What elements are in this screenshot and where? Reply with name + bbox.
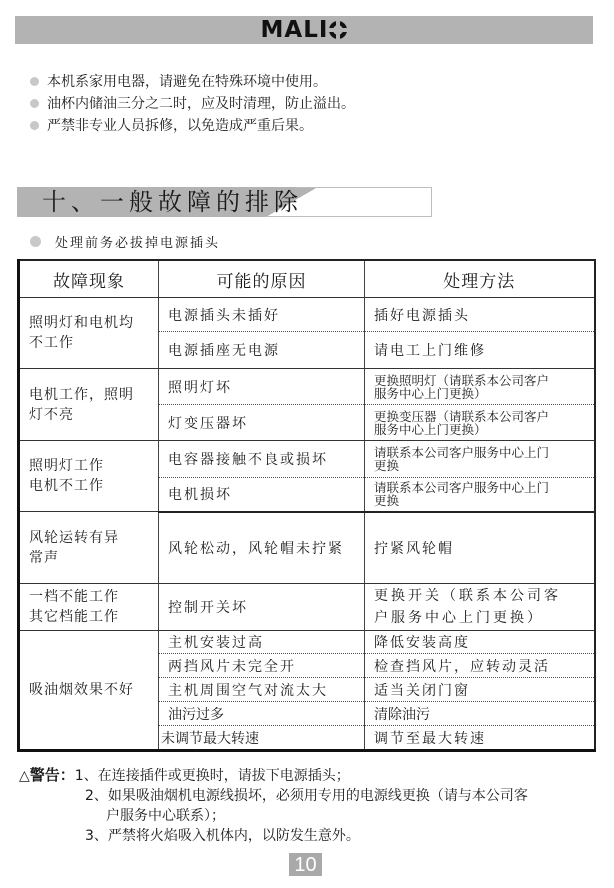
fix-line: 服务中心上门更换） xyxy=(374,422,487,437)
cause-cell: 电源插头未插好 xyxy=(159,298,365,332)
bullet-text: 油杯内储油三分之二时，应及时清理，防止溢出。 xyxy=(47,93,355,113)
bullet-dot-icon xyxy=(30,121,39,130)
warning-line: △警告：1、在连接插件或更换时，请拔下电源插头； xyxy=(19,765,528,786)
fix-line: 更换 xyxy=(374,493,399,508)
table-row: 吸油烟效果不好 主机安装过高 降低安装高度 xyxy=(19,631,595,654)
intro-bullet: 油杯内储油三分之二时，应及时清理，防止溢出。 xyxy=(30,92,355,114)
cause-cell: 电机损坏 xyxy=(159,478,365,512)
brand-header-band: MALI xyxy=(15,16,593,44)
fix-line: 请联系本公司客户服务中心上门 xyxy=(374,445,549,460)
bullet-dot-icon xyxy=(30,236,41,247)
table-row: 电机工作，照明灯不亮 照明灯坏 更换照明灯（请联系本公司客户服务中心上门更换） xyxy=(19,369,595,405)
fix-cell: 更换开关（联系本公司客户服务中心上门更换） xyxy=(365,584,595,631)
cause-cell: 电容器接触不良或损坏 xyxy=(159,441,365,478)
bullet-dot-icon xyxy=(30,99,39,108)
fix-cell: 更换变压器（请联系本公司客户服务中心上门更换） xyxy=(365,405,595,441)
symptom-line: 电机不工作 xyxy=(29,478,104,494)
cause-cell: 主机周围空气对流太大 xyxy=(159,678,365,702)
symptom-cell: 吸油烟效果不好 xyxy=(19,631,159,751)
symptom-line: 灯不亮 xyxy=(29,407,74,423)
brand-name: MALI xyxy=(261,17,329,43)
cause-cell: 控制开关坏 xyxy=(159,584,365,631)
symptom-line: 常声 xyxy=(29,550,59,566)
section-note-text: 处理前务必拔掉电源插头 xyxy=(55,232,220,251)
symptom-line: 电机工作，照明 xyxy=(29,387,134,403)
warning-line: 户服务中心联系）； xyxy=(19,806,528,826)
column-header-symptom: 故障现象 xyxy=(19,260,159,298)
fix-cell: 请联系本公司客户服务中心上门更换 xyxy=(365,441,595,478)
section-title-frame xyxy=(295,187,432,217)
warning-line: 3、严禁将火焰吸入机体内，以防发生意外。 xyxy=(19,826,528,846)
table-header-row: 故障现象 可能的原因 处理方法 xyxy=(19,260,595,298)
fix-cell: 清除油污 xyxy=(365,702,595,726)
fix-cell: 降低安装高度 xyxy=(365,631,595,654)
intro-bullet: 严禁非专业人员拆修，以免造成严重后果。 xyxy=(30,114,355,136)
symptom-cell: 风轮运转有异常声 xyxy=(19,512,159,584)
bullet-dot-icon xyxy=(30,77,39,86)
cause-cell: 主机安装过高 xyxy=(159,631,365,654)
cause-cell: 照明灯坏 xyxy=(159,369,365,405)
brand-o-mark-icon xyxy=(329,21,347,39)
fix-line: 更换开关（联系本公司客 xyxy=(374,588,561,604)
symptom-line: 一档不能工作 xyxy=(29,589,119,605)
cause-cell: 电源插座无电源 xyxy=(159,332,365,369)
warning-block: △警告：1、在连接插件或更换时，请拔下电源插头； 2、如果吸油烟机电源线损坏，必… xyxy=(19,765,528,846)
fix-cell: 检查挡风片，应转动灵活 xyxy=(365,654,595,678)
warning-item: 1、在连接插件或更换时，请拔下电源插头； xyxy=(75,768,350,784)
table-row: 风轮运转有异常声 风轮松动，风轮帽未拧紧 拧紧风轮帽 xyxy=(19,512,595,584)
column-header-fix: 处理方法 xyxy=(365,260,595,298)
fix-line: 请联系本公司客户服务中心上门 xyxy=(374,480,549,495)
fix-line: 服务中心上门更换） xyxy=(374,386,487,401)
cause-cell: 风轮松动，风轮帽未拧紧 xyxy=(159,512,365,584)
section-title-banner: 十、一般故障的排除 xyxy=(17,187,432,217)
brand-logo: MALI xyxy=(15,16,593,44)
page-number: 10 xyxy=(289,853,322,876)
symptom-line: 照明灯和电机均 xyxy=(29,315,134,331)
cause-cell: 未调节最大转速 xyxy=(159,726,365,751)
symptom-cell: 一档不能工作其它档能工作 xyxy=(19,584,159,631)
fix-cell: 更换照明灯（请联系本公司客户服务中心上门更换） xyxy=(365,369,595,405)
symptom-cell: 照明灯和电机均不工作 xyxy=(19,298,159,369)
symptom-line: 其它档能工作 xyxy=(29,609,119,625)
bullet-text: 本机系家用电器，请避免在特殊环境中使用。 xyxy=(47,71,327,91)
cause-cell: 油污过多 xyxy=(159,702,365,726)
table-row: 一档不能工作其它档能工作 控制开关坏 更换开关（联系本公司客户服务中心上门更换） xyxy=(19,584,595,631)
warning-triangle-icon: △ xyxy=(19,768,30,784)
cause-cell: 两挡风片未完全开 xyxy=(159,654,365,678)
table-row: 照明灯工作电机不工作 电容器接触不良或损坏 请联系本公司客户服务中心上门更换 xyxy=(19,441,595,478)
section-title: 十、一般故障的排除 xyxy=(42,187,303,217)
fix-line: 户服务中心上门更换） xyxy=(374,610,544,626)
column-header-cause: 可能的原因 xyxy=(159,260,365,298)
fix-cell: 插好电源插头 xyxy=(365,298,595,332)
intro-bullet-list: 本机系家用电器，请避免在特殊环境中使用。 油杯内储油三分之二时，应及时清理，防止… xyxy=(30,70,355,136)
fix-cell: 请联系本公司客户服务中心上门更换 xyxy=(365,478,595,512)
fix-cell: 请电工上门维修 xyxy=(365,332,595,369)
fix-line: 更换 xyxy=(374,458,399,473)
bullet-text: 严禁非专业人员拆修，以免造成严重后果。 xyxy=(47,115,313,135)
warning-label: 警告： xyxy=(30,766,75,784)
symptom-cell: 电机工作，照明灯不亮 xyxy=(19,369,159,441)
symptom-line: 不工作 xyxy=(29,335,74,351)
symptom-line: 照明灯工作 xyxy=(29,458,104,474)
symptom-cell: 照明灯工作电机不工作 xyxy=(19,441,159,512)
warning-line: 2、如果吸油烟机电源线损坏，必须用专用的电源线更换（请与本公司客 xyxy=(19,786,528,806)
intro-bullet: 本机系家用电器，请避免在特殊环境中使用。 xyxy=(30,70,355,92)
cause-cell: 灯变压器坏 xyxy=(159,405,365,441)
fix-cell: 拧紧风轮帽 xyxy=(365,512,595,584)
fix-cell: 调节至最大转速 xyxy=(365,726,595,751)
table-row: 照明灯和电机均不工作 电源插头未插好 插好电源插头 xyxy=(19,298,595,332)
troubleshooting-table: 故障现象 可能的原因 处理方法 照明灯和电机均不工作 电源插头未插好 插好电源插… xyxy=(17,259,596,752)
fix-cell: 适当关闭门窗 xyxy=(365,678,595,702)
section-note: 处理前务必拔掉电源插头 xyxy=(30,232,220,251)
symptom-line: 风轮运转有异 xyxy=(29,530,119,546)
